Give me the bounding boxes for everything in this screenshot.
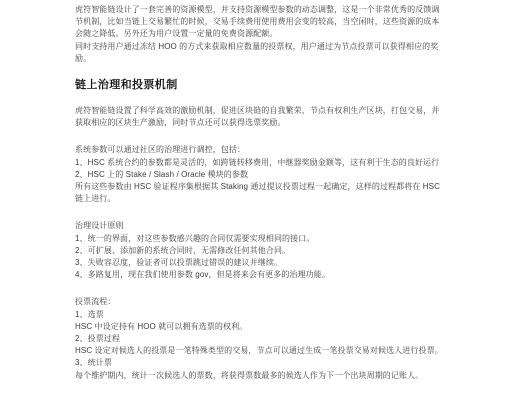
governance-principle-2: 2、可扩展、添加新的系统合同时，无需修改任何其他合同。	[75, 245, 447, 257]
voting-step-2-description: HSC 设定对候选人的投票是一笔特殊类型的交易，节点可以通过生成一笔投票交易对候…	[75, 345, 447, 357]
system-params-item-2: 2、HSC 上的 Stake / Slash / Oracle 模块的参数	[75, 169, 447, 181]
voting-step-1-description: HSC 中设定持有 HOO 就可以拥有选票的权利。	[75, 321, 447, 333]
governance-principle-1: 1、统一的界面，对这些参数感兴趣的合同仅需要实现相同的接口。	[75, 233, 447, 245]
governance-principle-4: 4、多路复用，现在我们使用参数 gov，但是将来会有更多的治理功能。	[75, 269, 447, 281]
section-heading-governance: 链上治理和投票机制	[75, 78, 447, 93]
voting-process-block: 投票流程： 1、选票 HSC 中设定持有 HOO 就可以拥有选票的权利。 2、投…	[75, 296, 447, 381]
governance-principle-3: 3、失败容忍度，验证者可以投票跳过错误的建议并继续。	[75, 257, 447, 269]
intro-paragraph-resource-model: 虎符智能链设计了一套完善的资源模型，并支持资源模型参数的动态调整，这是一个非常优…	[75, 4, 447, 41]
voting-step-1-title: 1、选票	[75, 309, 447, 321]
voting-process-title: 投票流程：	[75, 296, 447, 308]
system-params-block: 系统参数可以通过社区的治理进行调控，包括： 1、HSC 系统合约的参数都是灵活的…	[75, 144, 447, 205]
governance-principles-title: 治理设计原则	[75, 220, 447, 232]
system-params-summary-line: 所有这些参数由 HSC 验证程序集根据其 Staking 通过提议投票过程一起确…	[75, 181, 447, 205]
voting-step-3-description: 每个维护期内，统计一次候选人的票数，将获得票数最多的候选人作为下一个出块周期的记…	[75, 370, 447, 382]
document-page: 虎符智能链设计了一套完善的资源模型，并支持资源模型参数的动态调整，这是一个非常优…	[0, 0, 520, 400]
system-params-item-1: 1、HSC 系统合约的参数都是灵活的，如跨链转移费用，中继器奖励金额等，这有利于…	[75, 157, 447, 169]
voting-step-3-title: 3、统计票	[75, 357, 447, 369]
voting-step-2-title: 2、投票过程	[75, 333, 447, 345]
governance-principles-block: 治理设计原则 1、统一的界面，对这些参数感兴趣的合同仅需要实现相同的接口。 2、…	[75, 220, 447, 281]
incentive-paragraph: 虎符智能链设置了科学高效的激励机制，促进区块链的自我繁荣，节点有权利生产区块，打…	[75, 105, 447, 129]
system-params-intro-line: 系统参数可以通过社区的治理进行调控，包括：	[75, 144, 447, 156]
document-body: 虎符智能链设计了一套完善的资源模型，并支持资源模型参数的动态调整，这是一个非常优…	[75, 0, 447, 382]
intro-paragraph-voting-power: 同时支持用户通过冻结 HOO 的方式来获取相应数量的投票权，用户通过为节点投票可…	[75, 41, 447, 65]
